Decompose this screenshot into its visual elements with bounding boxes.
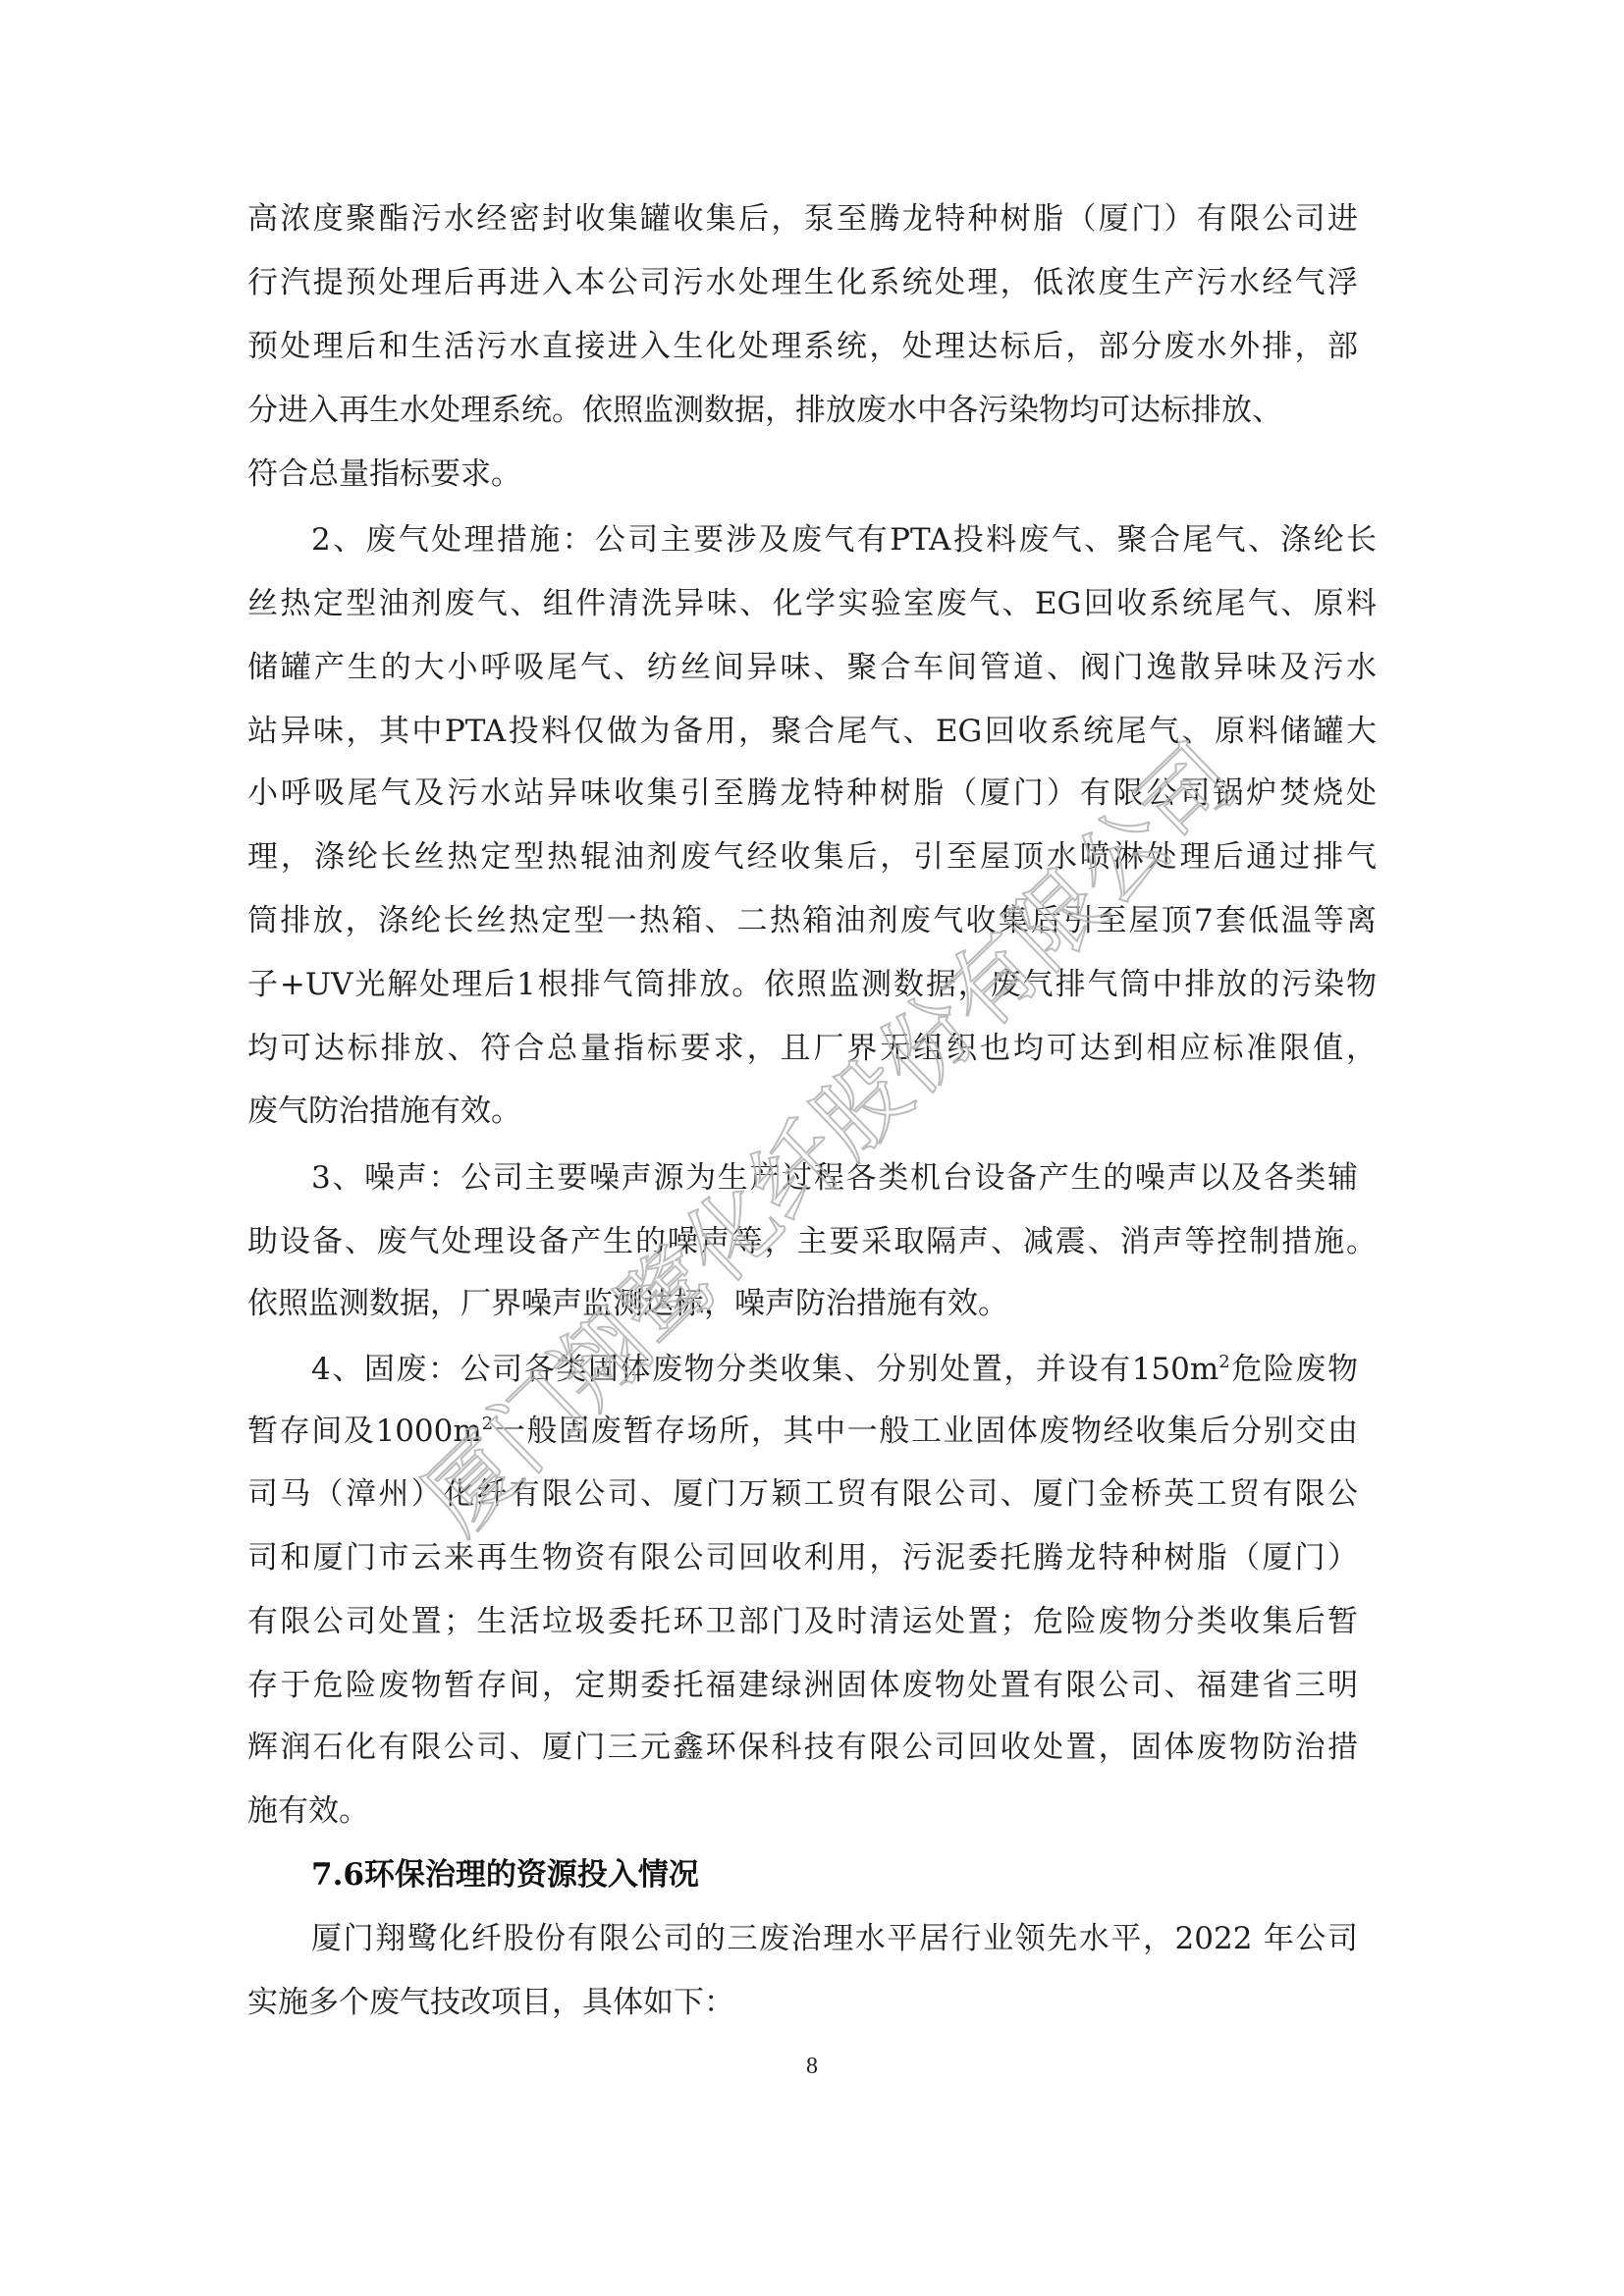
paragraph-line: 司和厦门市云来再生物资有限公司回收利用，污泥委托腾龙特种树脂（厦门）	[247, 1538, 1358, 1577]
text-segment: 一般固废暂存场所，其中一般工业固体废物经收集后分别交由	[493, 1414, 1358, 1449]
paragraph-line: 储罐产生的大小呼吸尾气、纺丝间异味、聚合车间管道、阀门逸散异味及污水	[247, 648, 1377, 687]
text-segment: 暂存间及1000m	[247, 1414, 482, 1449]
paragraph-line: 均可达标排放、符合总量指标要求，且厂界无组织也均可达到相应标准限值，	[247, 1029, 1377, 1068]
text-segment: 4、固废：公司各类固体废物分类收集、分别处置，并设有150m	[311, 1352, 1218, 1387]
paragraph-line: 高浓度聚酯污水经密封收集罐收集后，泵至腾龙特种树脂（厦门）有限公司进	[247, 199, 1358, 239]
page-number: 8	[0, 2054, 1624, 2080]
superscript: 2	[1218, 1352, 1229, 1372]
paragraph-line: 预处理后和生活污水直接进入生化处理系统，处理达标后，部分废水外排，部	[247, 327, 1358, 366]
paragraph-line: 站异味，其中PTA投料仅做为备用，聚合尾气、EG回收系统尾气、原料储罐大	[247, 712, 1377, 751]
paragraph-line: 实施多个废气技改项目，具体如下：	[247, 1983, 1358, 2022]
paragraph-line: 分进入再生水处理系统。依照监测数据，排放废水中各污染物均可达标排放、	[247, 391, 1358, 430]
paragraph-line: 厦门翔鹭化纤股份有限公司的三废治理水平居行业领先水平，2022 年公司	[311, 1919, 1358, 1958]
paragraph-line: 筒排放，涤纶长丝热定型一热箱、二热箱油剂废气收集后引至屋顶7套低温等离	[247, 901, 1377, 940]
paragraph-line: 废气防治措施有效。	[247, 1092, 1358, 1131]
paragraph-line: 助设备、废气处理设备产生的噪声等，主要采取隔声、减震、消声等控制措施。	[247, 1222, 1377, 1261]
paragraph-line: 理，涤纶长丝热定型热辊油剂废气经收集后，引至屋顶水喷淋处理后通过排气	[247, 837, 1377, 877]
paragraph-line: 有限公司处置；生活垃圾委托环卫部门及时清运处置；危险废物分类收集后暂	[247, 1602, 1358, 1641]
paragraph-line: 小呼吸尾气及污水站异味收集引至腾龙特种树脂（厦门）有限公司锅炉焚烧处	[247, 774, 1377, 813]
paragraph-line: 依照监测数据，厂界噪声监测达标，噪声防治措施有效。	[247, 1284, 1358, 1323]
paragraph-line: 符合总量指标要求。	[247, 454, 1358, 494]
superscript: 2	[482, 1414, 493, 1434]
paragraph-line: 辉润石化有限公司、厦门三元鑫环保科技有限公司回收处置，固体废物防治措	[247, 1728, 1358, 1767]
paragraph-line: 3、噪声：公司主要噪声源为生产过程各类机台设备产生的噪声以及各类辅	[311, 1158, 1358, 1198]
paragraph-line: 丝热定型油剂废气、组件清洗异味、化学实验室废气、EG回收系统尾气、原料	[247, 584, 1377, 623]
paragraph-line: 4、固废：公司各类固体废物分类收集、分别处置，并设有150m2危险废物	[311, 1350, 1358, 1389]
text-segment: 危险废物	[1230, 1352, 1358, 1387]
paragraph-line: 存于危险废物暂存间，定期委托福建绿洲固体废物处置有限公司、福建省三明	[247, 1666, 1358, 1705]
paragraph-line: 2、废气处理措施：公司主要涉及废气有PTA投料废气、聚合尾气、涤纶长	[311, 520, 1377, 560]
paragraph-line: 暂存间及1000m2一般固废暂存场所，其中一般工业固体废物经收集后分别交由	[247, 1412, 1358, 1451]
paragraph-line: 行汽提预处理后再进入本公司污水处理生化系统处理，低浓度生产污水经气浮	[247, 263, 1358, 302]
section-heading: 7.6环保治理的资源投入情况	[311, 1855, 1358, 1895]
document-page: 高浓度聚酯污水经密封收集罐收集后，泵至腾龙特种树脂（厦门）有限公司进 行汽提预处…	[0, 0, 1624, 2296]
paragraph-line: 施有效。	[247, 1791, 1358, 1831]
paragraph-line: 子+UV光解处理后1根排气筒排放。依照监测数据，废气排气筒中排放的污染物	[247, 965, 1377, 1004]
paragraph-line: 司马（漳州）化纤有限公司、厦门万颖工贸有限公司、厦门金桥英工贸有限公	[247, 1474, 1358, 1514]
